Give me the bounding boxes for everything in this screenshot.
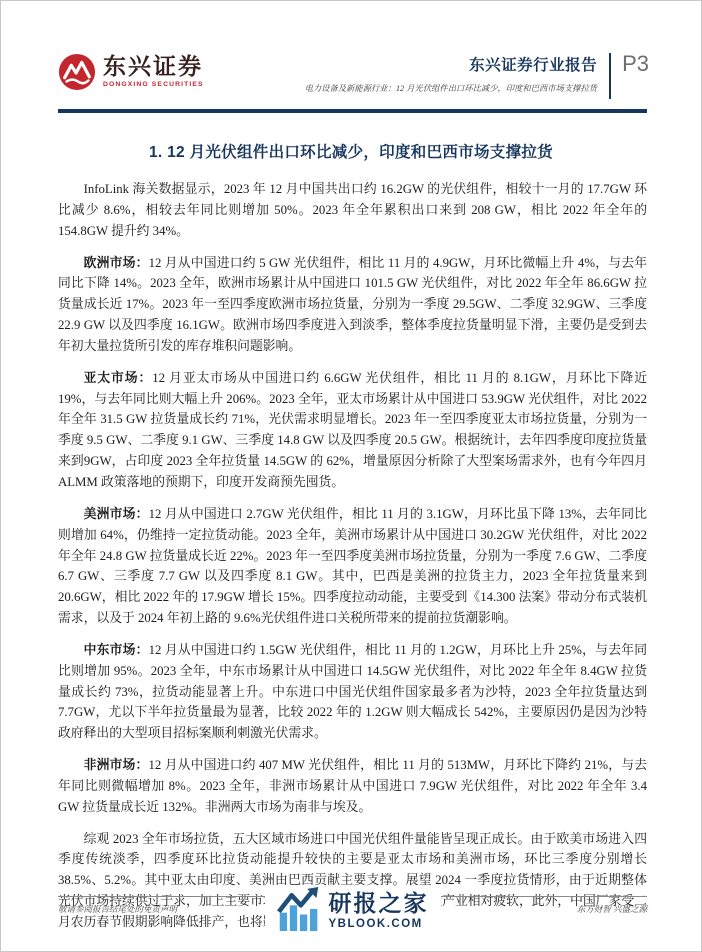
paragraph-text: 12 月从中国进口约 5 GW 光伏组件，相比 11 月的 4.9GW，月环比微… [58,256,647,353]
page-footer: 研报之家 YBLOOK.COM 敬请参阅报告结尾处的免责声明 东方财智 兴盛之源 [58,896,647,951]
section-title: 1. 12 月光伏组件出口环比减少，印度和巴西市场支撑拉货 [1,140,701,162]
footer-disclaimer: 敬请参阅报告结尾处的免责声明 [58,903,177,915]
header-rule [58,109,647,113]
footer-rule: 研报之家 YBLOOK.COM [58,896,647,897]
logo-en-label: DONGXING SECURITIES [103,82,204,89]
report-subtitle: 电力设备及新能源行业：12 月光伏组件出口环比减少，印度和巴西市场支撑拉货 [305,82,597,94]
paragraph-americas: 美洲市场：12 月从中国进口 2.7GW 光伏组件，相比 11 月的 3.1GW… [58,504,647,629]
paragraph-middle-east: 中东市场：12 月从中国进口约 1.5GW 光伏组件，相比 11 月的 1.2G… [58,640,647,744]
paragraph-lead: 美洲市场： [84,507,149,521]
paragraph-europe: 欧洲市场：12 月从中国进口约 5 GW 光伏组件，相比 11 月的 4.9GW… [58,253,647,357]
report-body: InfoLink 海关数据显示，2023 年 12 月中国共出口约 16.2GW… [58,179,647,933]
yblook-en-label: YBLOOK.COM [329,919,429,931]
yblook-logo-text: 研报之家 YBLOOK.COM [329,892,429,931]
paragraph-text: 12 月从中国进口 2.7GW 光伏组件，相比 11 月的 3.1GW，月环比虽… [58,507,647,625]
paragraph-lead: 欧洲市场： [84,256,149,270]
yblook-logo-icon [277,887,321,936]
yblook-cn-label: 研报之家 [329,892,429,915]
yblook-watermark: 研报之家 YBLOOK.COM [265,887,441,936]
paragraph-asia-pacific: 亚太市场：12 月亚太市场从中国进口约 6.6GW 光伏组件，相比 11 月的 … [58,368,647,493]
paragraph-africa: 非洲市场：12 月从中国进口约 407 MW 光伏组件，相比 11 月的 513… [58,755,647,818]
page-header: 东兴证券 DONGXING SECURITIES 东兴证券行业报告 电力设备及新… [58,53,649,99]
paragraph-text: 12 月从中国进口约 1.5GW 光伏组件，相比 11 月的 1.2GW，月环比… [58,643,647,740]
header-divider [609,53,611,99]
header-right: 东兴证券行业报告 电力设备及新能源行业：12 月光伏组件出口环比减少，印度和巴西… [305,53,649,99]
paragraph-text: InfoLink 海关数据显示，2023 年 12 月中国共出口约 16.2GW… [58,182,647,238]
dongxing-logo-text: 东兴证券 DONGXING SECURITIES [103,55,204,89]
page-number: P3 [622,53,649,99]
logo-cn-label: 东兴证券 [103,55,204,78]
paragraph-text: 12 月亚太市场从中国进口约 6.6GW 光伏组件，相比 11 月的 8.1GW… [58,371,647,489]
paragraph-lead: 中东市场： [84,643,149,657]
paragraph-lead: 亚太市场： [84,371,153,385]
report-page: 东兴证券 DONGXING SECURITIES 东兴证券行业报告 电力设备及新… [0,0,702,952]
paragraph-lead: 非洲市场： [84,758,149,772]
report-meta: 东兴证券行业报告 电力设备及新能源行业：12 月光伏组件出口环比减少，印度和巴西… [305,53,597,99]
report-type-title: 东兴证券行业报告 [305,53,597,75]
paragraph-overview: InfoLink 海关数据显示，2023 年 12 月中国共出口约 16.2GW… [58,179,647,242]
dongxing-logo-icon [58,53,96,91]
dongxing-logo: 东兴证券 DONGXING SECURITIES [58,53,204,91]
footer-slogan: 东方财智 兴盛之源 [577,903,647,915]
